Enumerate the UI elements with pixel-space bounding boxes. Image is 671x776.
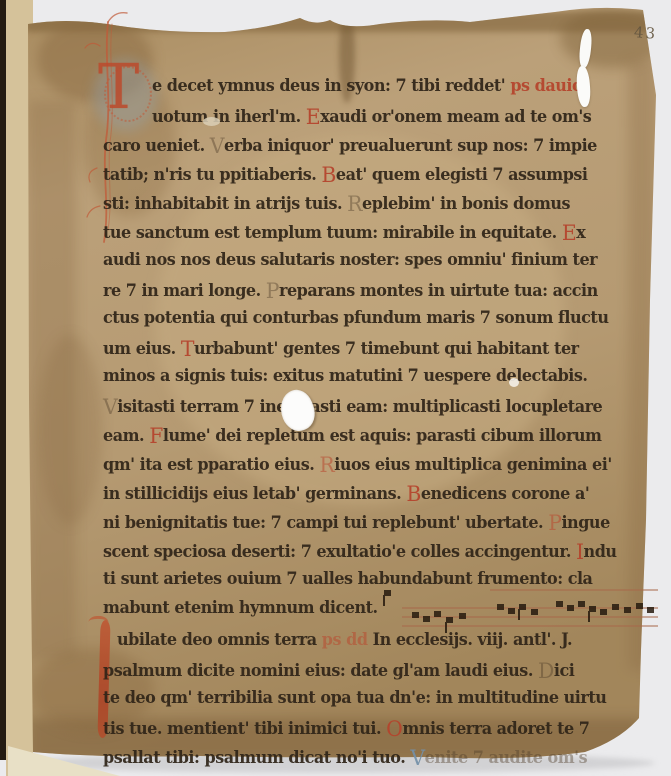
neume-note [384, 590, 391, 596]
line-segment: mnis terra adoret te 7 [402, 719, 589, 738]
line-segment: urbabunt' gentes 7 timebunt qui habitant… [194, 339, 579, 358]
line-segment: psallat tibi: psalmum dicat no'i tuo. [103, 748, 410, 767]
line-segment: ubilate deo omnis terra [117, 630, 322, 649]
line-segment: ni benignitatis tue: 7 campi tui replebu… [103, 513, 548, 532]
line-segment: x [576, 223, 585, 242]
line-segment: tue sanctum est templum tuum: mirabile i… [103, 223, 562, 242]
manuscript-line-22: te deo qm' terribilia sunt opa tua dn'e:… [103, 688, 606, 707]
line-segment: xaudi or'onem meam ad te om's [320, 107, 591, 126]
neume-note [497, 604, 504, 610]
neume-note [612, 604, 619, 610]
line-segment: iuos eius multiplica genimina ei' [334, 455, 611, 474]
manuscript-line-2: uotum in iherl'm. Exaudi or'onem meam ad… [152, 105, 591, 129]
manuscript-line-19: mabunt etenim hymnum dicent. [103, 598, 378, 617]
versal-initial: R [347, 192, 362, 216]
text-block: e decet ymnus deus in syon: 7 tibi redde… [0, 0, 671, 776]
versal-initial: E [562, 221, 576, 245]
manuscript-line-24: psallat tibi: psalmum dicat no'i tuo. Ve… [103, 746, 587, 770]
versal-initial: P [266, 279, 279, 303]
line-segment: psalmum dicite nomini eius: date gl'am l… [103, 661, 538, 680]
line-segment: eplebim' in bonis domus [362, 194, 570, 213]
manuscript-line-16: ni benignitatis tue: 7 campi tui replebu… [103, 511, 610, 535]
neume-note [434, 611, 441, 617]
versal-initial: V [210, 134, 224, 158]
line-segment: qm' ita est pparatio eius. [103, 455, 319, 474]
manuscript-line-7: audi nos nos deus salutaris noster: spes… [103, 250, 597, 269]
line-segment: audi nos nos deus salutaris noster: spes… [103, 250, 597, 269]
line-segment: erba iniquor' preualuerunt sup nos: 7 im… [224, 136, 597, 155]
neume-note [556, 601, 563, 607]
versal-initial: R [319, 453, 334, 477]
neume-note [446, 617, 453, 623]
line-segment: caro ueniet. [103, 136, 210, 155]
manuscript-line-20: ubilate deo omnis terra ps dd In ecclesi… [117, 630, 572, 649]
line-segment: e decet ymnus deus in syon: 7 tibi redde… [152, 76, 505, 95]
line-segment: ps dauid [505, 76, 582, 95]
manuscript-line-23: tis tue. mentient' tibi inimici tui. Omn… [103, 717, 589, 741]
neume-note [459, 613, 466, 619]
line-segment: tis tue. mentient' tibi inimici tui. [103, 719, 386, 738]
versal-initial: F [149, 424, 163, 448]
neume-note [636, 603, 643, 609]
line-segment: uotum in iherl'm. [152, 107, 306, 126]
versal-initial: E [306, 105, 320, 129]
line-segment: lume' dei repletum est aquis: parasti ci… [163, 426, 602, 445]
line-segment: eat' quem elegisti 7 assumpsi [336, 165, 588, 184]
versal-initial: V [103, 395, 117, 419]
versal-initial: V [410, 746, 424, 770]
line-segment: isitasti terram 7 inebriasti eam: multip… [117, 397, 602, 416]
neume-note [519, 604, 526, 610]
manuscript-line-8: re 7 in mari longe. Preparans montes in … [103, 279, 598, 303]
neume-note [624, 607, 631, 613]
neume-note [412, 612, 419, 618]
line-segment: ingue [561, 513, 609, 532]
neume-note [578, 601, 585, 607]
line-segment: sti: inhabitabit in atrijs tuis. [103, 194, 347, 213]
manuscript-line-1: e decet ymnus deus in syon: 7 tibi redde… [152, 76, 583, 95]
manuscript-line-5: sti: inhabitabit in atrijs tuis. Replebi… [103, 192, 570, 216]
line-segment: ndu [584, 542, 617, 561]
line-segment: enedicens corone a' [421, 484, 589, 503]
neume-note [508, 608, 515, 614]
surface-abrasion [509, 378, 519, 387]
line-segment: tatib; n'ris tu ppitiaberis. [103, 165, 321, 184]
manuscript-line-4: tatib; n'ris tu ppitiaberis. Beat' quem … [103, 163, 588, 187]
line-segment: In ecclesijs. viij. antl'. J. [373, 630, 572, 649]
line-segment: eam. [103, 426, 149, 445]
manuscript-line-14: qm' ita est pparatio eius. Riuos eius mu… [103, 453, 612, 477]
manuscript-line-21: psalmum dicite nomini eius: date gl'am l… [103, 659, 574, 683]
manuscript-line-10: um eius. Turbabunt' gentes 7 timebunt qu… [103, 337, 579, 361]
manuscript-line-3: caro ueniet. Verba iniquor' preualuerunt… [103, 134, 597, 158]
folio-number: 43 [633, 23, 657, 43]
neume-note [423, 616, 430, 622]
versal-initial: T [181, 337, 194, 361]
line-segment: scent speciosa deserti: 7 exultatio'e co… [103, 542, 576, 561]
line-segment: re 7 in mari longe. [103, 281, 266, 300]
neume-note [589, 606, 596, 612]
neume-note [647, 607, 654, 613]
neume-note [567, 605, 574, 611]
manuscript-line-13: eam. Flume' dei repletum est aquis: para… [103, 424, 602, 448]
manuscript-line-18: ti sunt arietes ouium 7 ualles habundabu… [103, 569, 592, 588]
line-segment: in stillicidijs eius letab' germinans. [103, 484, 406, 503]
manuscript-line-15: in stillicidijs eius letab' germinans. B… [103, 482, 589, 506]
surface-abrasion [203, 117, 220, 126]
versal-initial: O [386, 717, 402, 741]
versal-initial: D [538, 659, 554, 683]
line-segment: reparans montes in uirtute tua: accin [279, 281, 598, 300]
line-segment: ti sunt arietes ouium 7 ualles habundabu… [103, 569, 592, 588]
manuscript-line-17: scent speciosa deserti: 7 exultatio'e co… [103, 540, 617, 564]
line-segment: ps dd [322, 630, 373, 649]
manuscript-photo: T I e decet ymnus deus in syon: 7 tibi r… [0, 0, 671, 776]
line-segment: um eius. [103, 339, 181, 358]
line-segment: ctus potentia qui conturbas pfundum mari… [103, 308, 608, 327]
manuscript-line-6: tue sanctum est templum tuum: mirabile i… [103, 221, 585, 245]
neume-note [600, 609, 607, 615]
manuscript-line-9: ctus potentia qui conturbas pfundum mari… [103, 308, 608, 327]
line-segment: ici [554, 661, 574, 680]
line-segment: te deo qm' terribilia sunt opa tua dn'e:… [103, 688, 606, 707]
versal-initial: B [321, 163, 335, 187]
line-segment: mabunt etenim hymnum dicent. [103, 598, 378, 617]
versal-initial: P [548, 511, 561, 535]
neume-note [531, 609, 538, 615]
versal-initial: B [406, 482, 420, 506]
line-segment: enite 7 audite om's [425, 748, 587, 767]
manuscript-line-12: Visitasti terram 7 inebriasti eam: multi… [103, 395, 602, 419]
